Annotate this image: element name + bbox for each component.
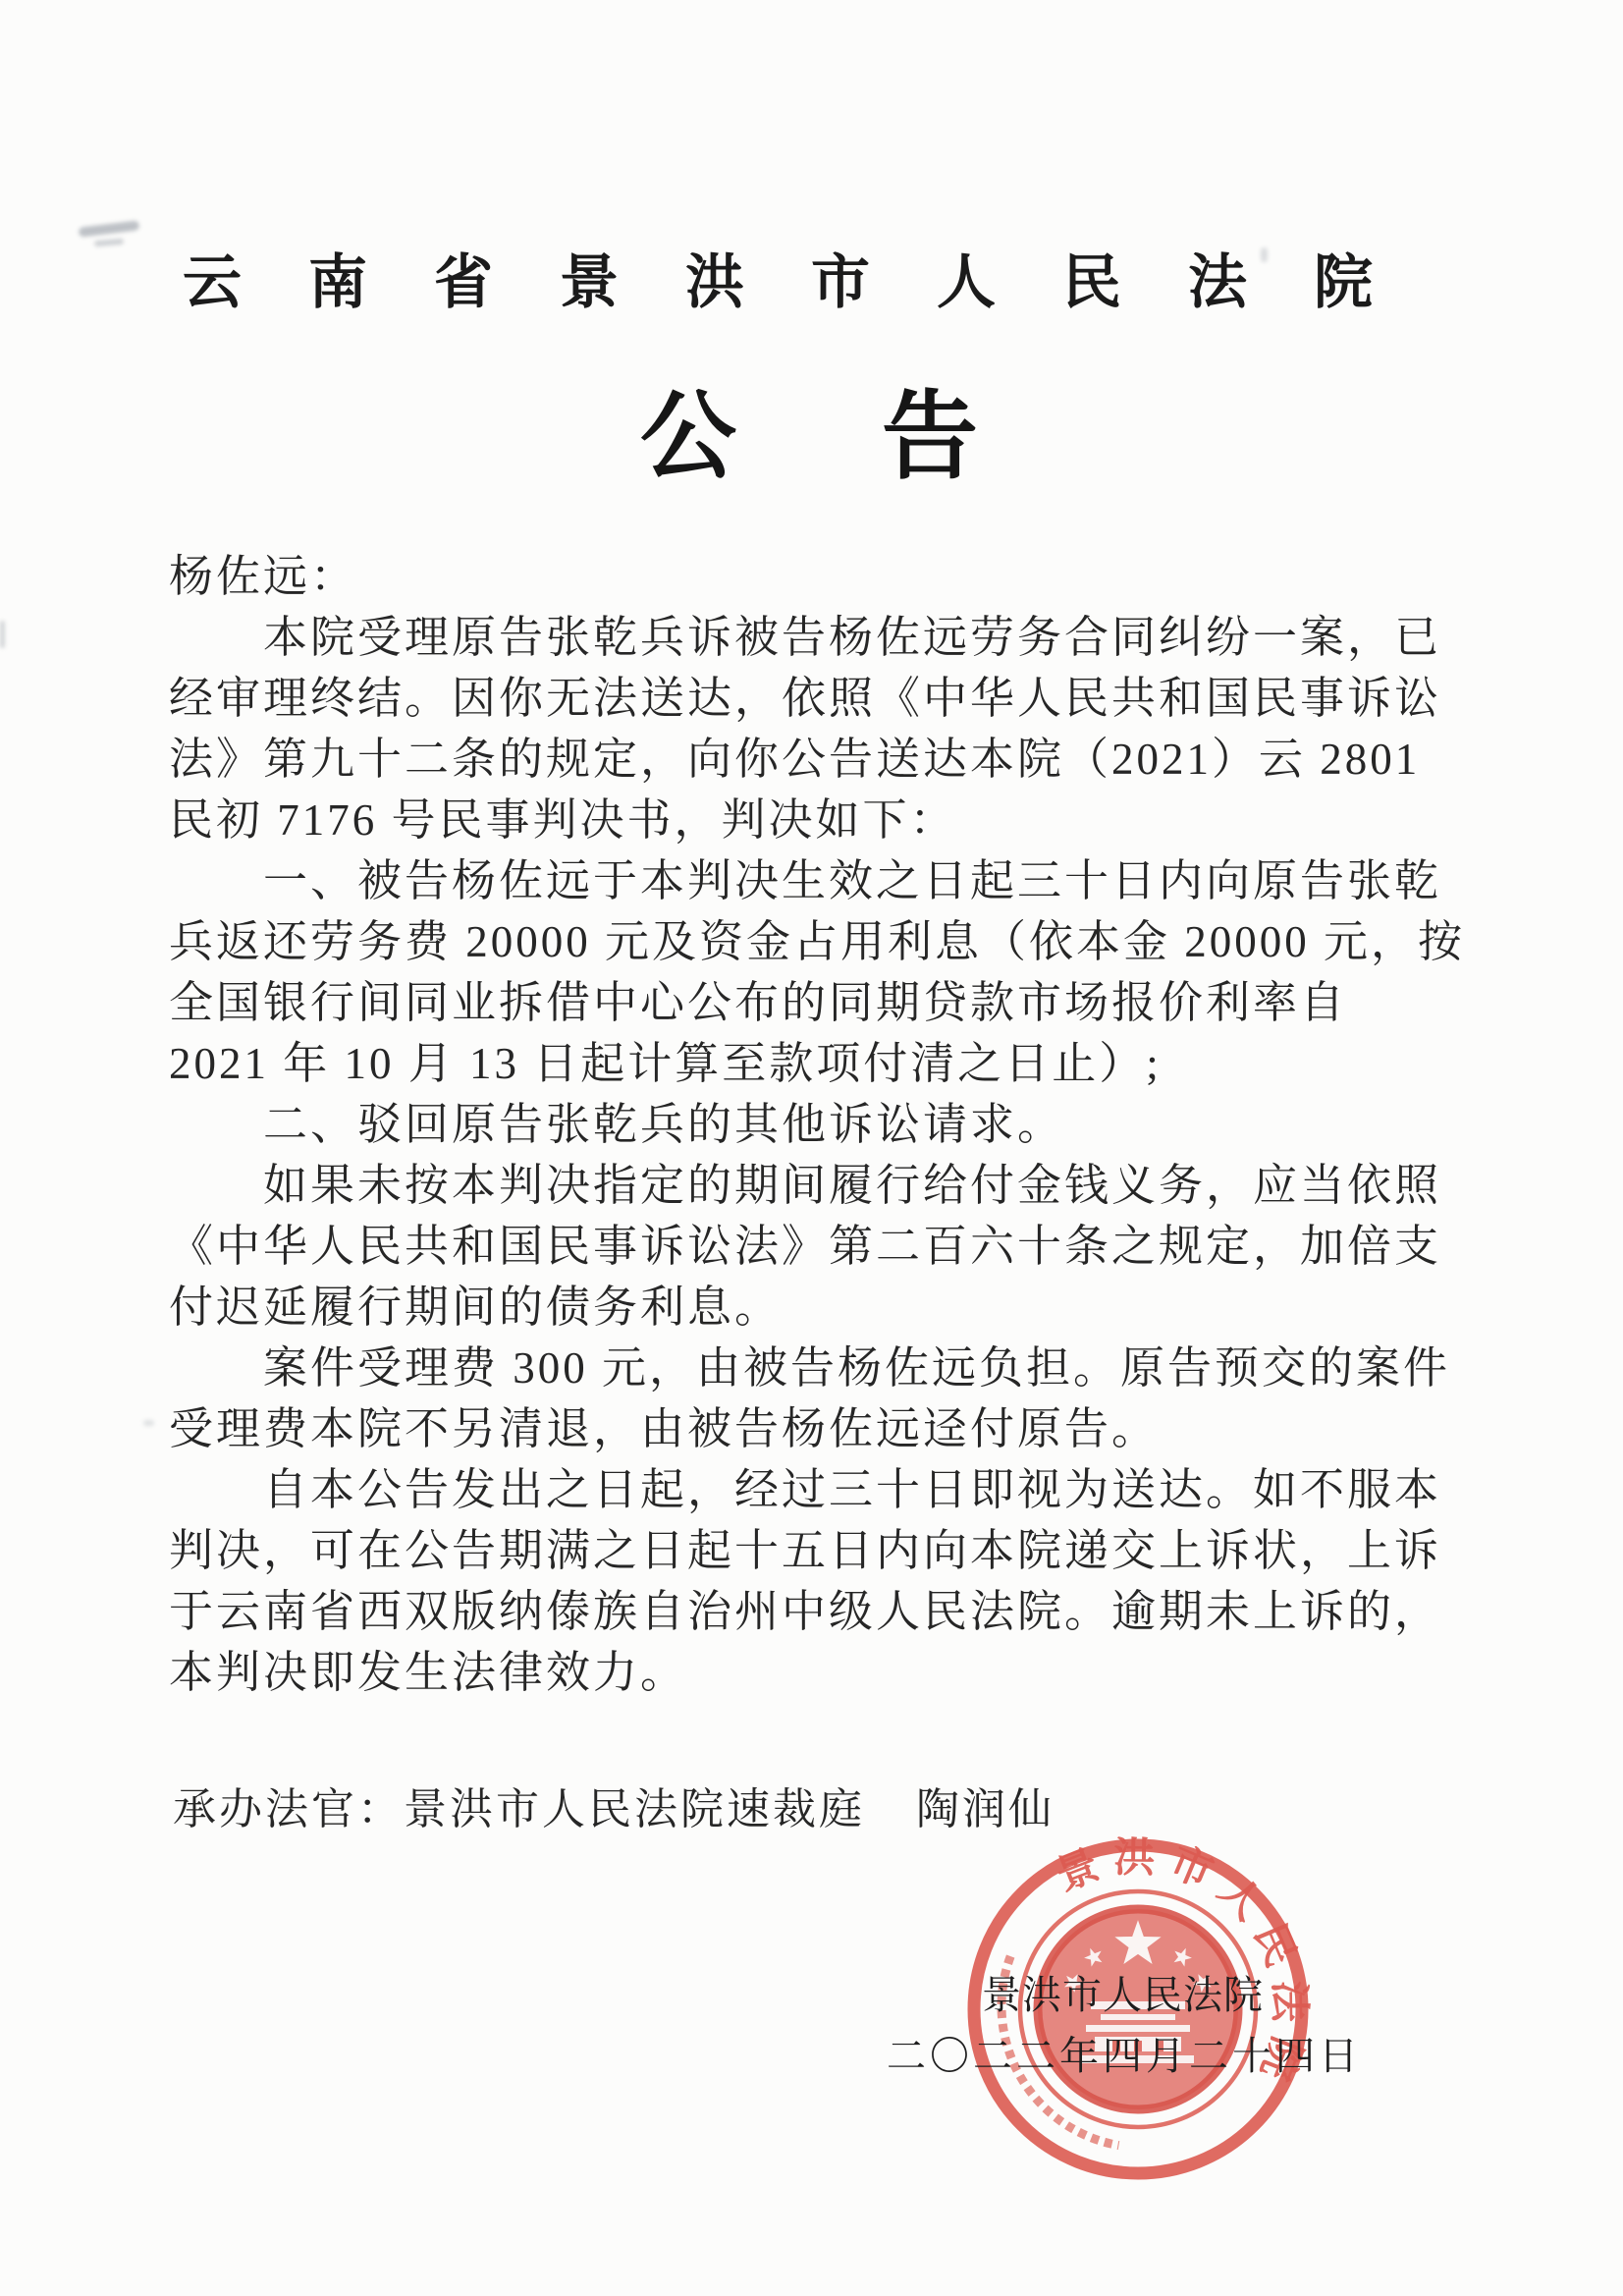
presiding-judge-line: 承办法官：景洪市人民法院速裁庭陶润仙 [173,1774,1055,1836]
body-line: 全国银行间同业拆借中心公布的同期贷款市场报价利率自 [169,972,1485,1033]
body-line: 自本公告发出之日起，经过三十日即视为送达。如不服本 [169,1459,1485,1520]
body-line: 本院受理原告张乾兵诉被告杨佐远劳务合同纠纷一案，已 [169,607,1485,668]
judge-division: 景洪市人民法院速裁庭 [404,1785,865,1833]
body-line: 法》第九十二条的规定，向你公告送达本院（2021）云 2801 [169,729,1485,790]
scan-artifact [79,220,140,237]
body-line: 《中华人民共和国民事诉讼法》第二百六十条之规定，加倍支 [169,1216,1485,1277]
seal-date: 二〇二二年四月二十四日 [887,2025,1362,2081]
addressee: 杨佐远： [169,546,1485,607]
body-line: 一、被告杨佐远于本判决生效之日起三十日内向原告张乾 [169,850,1485,911]
scan-artifact [94,239,124,247]
body-line: 案件受理费 300 元，由被告杨佐远负担。原告预交的案件 [169,1338,1485,1398]
scan-artifact [0,621,5,648]
body-line: 兵返还劳务费 20000 元及资金占用利息（依本金 20000 元，按 [169,911,1485,972]
body-line: 判决，可在公告期满之日起十五日内向本院递交上诉状，上诉 [169,1520,1485,1581]
body-line: 二、驳回原告张乾兵的其他诉讼请求。 [169,1094,1485,1155]
body-line: 2021 年 10 月 13 日起计算至款项付清之日止）; [169,1033,1485,1094]
announcement-document: 云南省景洪市人民法院 公告 杨佐远： 本院受理原告张乾兵诉被告杨佐远劳务合同纠纷… [0,0,1623,2296]
judge-name: 陶润仙 [916,1785,1055,1833]
body-line: 付迟延履行期间的债务利息。 [169,1277,1485,1338]
scan-artifact [143,1420,154,1426]
seal-court-name: 景洪市人民法院 [982,1964,1264,2020]
judge-label: 承办法官： [173,1785,404,1833]
body-line: 本判决即发生法律效力。 [169,1642,1485,1703]
body-line: 受理费本院不另清退，由被告杨佐远迳付原告。 [169,1398,1485,1459]
announcement-title: 公告 [640,359,1123,498]
body-line: 经审理终结。因你无法送达，依照《中华人民共和国民事诉讼 [169,668,1485,729]
body-line: 于云南省西双版纳傣族自治州中级人民法院。逾期未上诉的， [169,1581,1485,1642]
body-line: 民初 7176 号民事判决书，判决如下： [169,790,1485,850]
document-body: 杨佐远： 本院受理原告张乾兵诉被告杨佐远劳务合同纠纷一案，已 经审理终结。因你无… [169,546,1485,1703]
body-line: 如果未按本判决指定的期间履行给付金钱义务，应当依照 [169,1155,1485,1216]
court-title: 云南省景洪市人民法院 [183,236,1439,320]
